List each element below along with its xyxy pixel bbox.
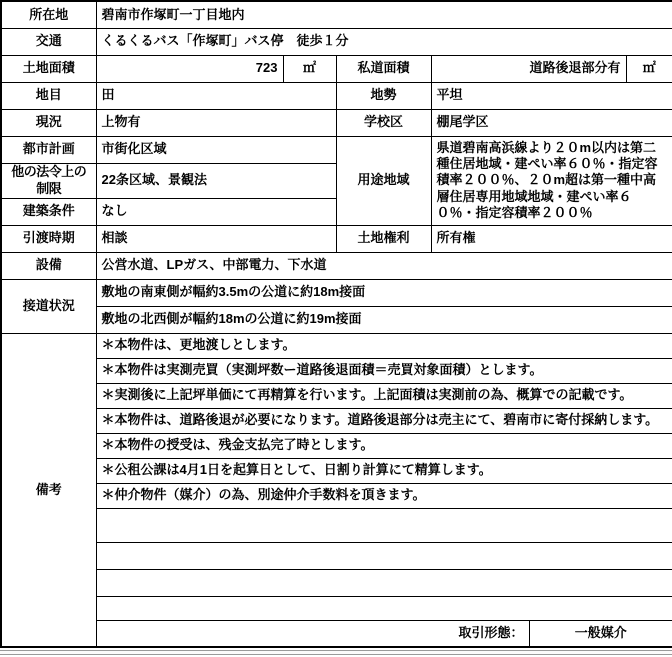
city-planning-label: 都市計画 (1, 136, 96, 163)
zoning-value: 県道碧南高浜線より２０m以内は第二種住居地域・建ぺい率６０％・指定容積率２００％… (431, 136, 672, 225)
property-table: 所在地 碧南市作塚町一丁目地内 交通 くるくるバス「作塚町」バス停 徒歩１分 土… (0, 0, 672, 648)
row-transaction-type: 取引形態： 一般媒介 (1, 620, 672, 647)
other-restrictions-value: 22条区域、景観法 (96, 163, 336, 198)
row-road-access-1: 接道状況 敷地の南東側が幅約3.5mの公道に約18m接面 (1, 279, 672, 306)
road-access-label: 接道状況 (1, 279, 96, 333)
private-road-label: 私道面積 (336, 55, 431, 82)
row-remark-2: ＊本物件は実測売買（実測坪数ー道路後退面積＝売買対象面積）とします。 (1, 358, 672, 383)
row-remark-empty-4 (1, 596, 672, 620)
land-rights-label: 土地権利 (336, 225, 431, 252)
land-rights-value: 所有権 (431, 225, 672, 252)
row-remark-1: 備考 ＊本物件は、更地渡しとします。 (1, 333, 672, 358)
location-value: 碧南市作塚町一丁目地内 (96, 1, 672, 28)
transaction-type-value: 一般媒介 (529, 620, 672, 647)
utilities-value: 公営水道、LPガス、中部電力、下水道 (96, 252, 672, 279)
private-road-value: 道路後退部分有 (431, 55, 626, 82)
row-land-area: 土地面積 723 ㎡ 私道面積 道路後退部分有 ㎡ (1, 55, 672, 82)
row-remark-empty-2 (1, 542, 672, 569)
building-conditions-value: なし (96, 198, 336, 225)
remark-item: ＊本物件は、更地渡しとします。 (96, 333, 672, 358)
current-state-value: 上物有 (96, 109, 336, 136)
utilities-label: 設備 (1, 252, 96, 279)
property-info-sheet: 所在地 碧南市作塚町一丁目地内 交通 くるくるバス「作塚町」バス停 徒歩１分 土… (0, 0, 672, 655)
row-remark-3: ＊実測後に上記坪単価にて再精算を行います。上記面積は実測前の為、概算での記載です… (1, 383, 672, 408)
handover-value: 相談 (96, 225, 336, 252)
road-access-value-2: 敷地の北西側が幅約18mの公道に約19m接面 (96, 306, 672, 333)
transport-value: くるくるバス「作塚町」バス停 徒歩１分 (96, 28, 672, 55)
row-transport: 交通 くるくるバス「作塚町」バス停 徒歩１分 (1, 28, 672, 55)
row-location: 所在地 碧南市作塚町一丁目地内 (1, 1, 672, 28)
row-handover: 引渡時期 相談 土地権利 所有権 (1, 225, 672, 252)
topography-label: 地勢 (336, 82, 431, 109)
transaction-type-label: 取引形態： (96, 620, 529, 647)
transport-label: 交通 (1, 28, 96, 55)
remarks-label: 備考 (1, 333, 96, 647)
land-area-unit: ㎡ (283, 55, 336, 82)
handover-label: 引渡時期 (1, 225, 96, 252)
row-remark-7: ＊仲介物件（媒介）の為、別途仲介手数料を頂きます。 (1, 483, 672, 508)
road-access-value-1: 敷地の南東側が幅約3.5mの公道に約18m接面 (96, 279, 672, 306)
remark-item: ＊実測後に上記坪単価にて再精算を行います。上記面積は実測前の為、概算での記載です… (96, 383, 672, 408)
row-remark-empty-1 (1, 508, 672, 542)
row-remark-6: ＊公租公課は4月1日を起算日として、日割り計算にて精算します。 (1, 458, 672, 483)
remark-empty-row (96, 569, 672, 596)
row-remark-empty-3 (1, 569, 672, 596)
land-area-label: 土地面積 (1, 55, 96, 82)
location-label: 所在地 (1, 1, 96, 28)
building-conditions-label: 建築条件 (1, 198, 96, 225)
row-current-state: 現況 上物有 学校区 棚尾学区 (1, 109, 672, 136)
school-district-value: 棚尾学区 (431, 109, 672, 136)
row-road-access-2: 敷地の北西側が幅約18mの公道に約19m接面 (1, 306, 672, 333)
other-restrictions-label: 他の法令上の制限 (1, 163, 96, 198)
city-planning-value: 市街化区域 (96, 136, 336, 163)
remark-item: ＊本物件の授受は、残金支払完了時とします。 (96, 433, 672, 458)
remark-item: ＊公租公課は4月1日を起算日として、日割り計算にて精算します。 (96, 458, 672, 483)
row-remark-5: ＊本物件の授受は、残金支払完了時とします。 (1, 433, 672, 458)
remark-item: ＊本物件は、道路後退が必要になります。道路後退部分は売主にて、碧南市に寄付採納し… (96, 408, 672, 433)
remark-empty-row (96, 542, 672, 569)
remark-empty-row (96, 508, 672, 542)
land-category-value: 田 (96, 82, 336, 109)
school-district-label: 学校区 (336, 109, 431, 136)
row-remark-4: ＊本物件は、道路後退が必要になります。道路後退部分は売主にて、碧南市に寄付採納し… (1, 408, 672, 433)
zoning-label: 用途地域 (336, 136, 431, 225)
land-category-label: 地目 (1, 82, 96, 109)
land-area-value: 723 (96, 55, 283, 82)
remark-empty-row (96, 596, 672, 620)
remark-item: ＊本物件は実測売買（実測坪数ー道路後退面積＝売買対象面積）とします。 (96, 358, 672, 383)
next-section-edge (0, 650, 672, 655)
private-road-unit: ㎡ (626, 55, 672, 82)
topography-value: 平坦 (431, 82, 672, 109)
current-state-label: 現況 (1, 109, 96, 136)
row-land-category: 地目 田 地勢 平坦 (1, 82, 672, 109)
row-utilities: 設備 公営水道、LPガス、中部電力、下水道 (1, 252, 672, 279)
remark-item: ＊仲介物件（媒介）の為、別途仲介手数料を頂きます。 (96, 483, 672, 508)
row-city-planning: 都市計画 市街化区域 用途地域 県道碧南高浜線より２０m以内は第二種住居地域・建… (1, 136, 672, 163)
